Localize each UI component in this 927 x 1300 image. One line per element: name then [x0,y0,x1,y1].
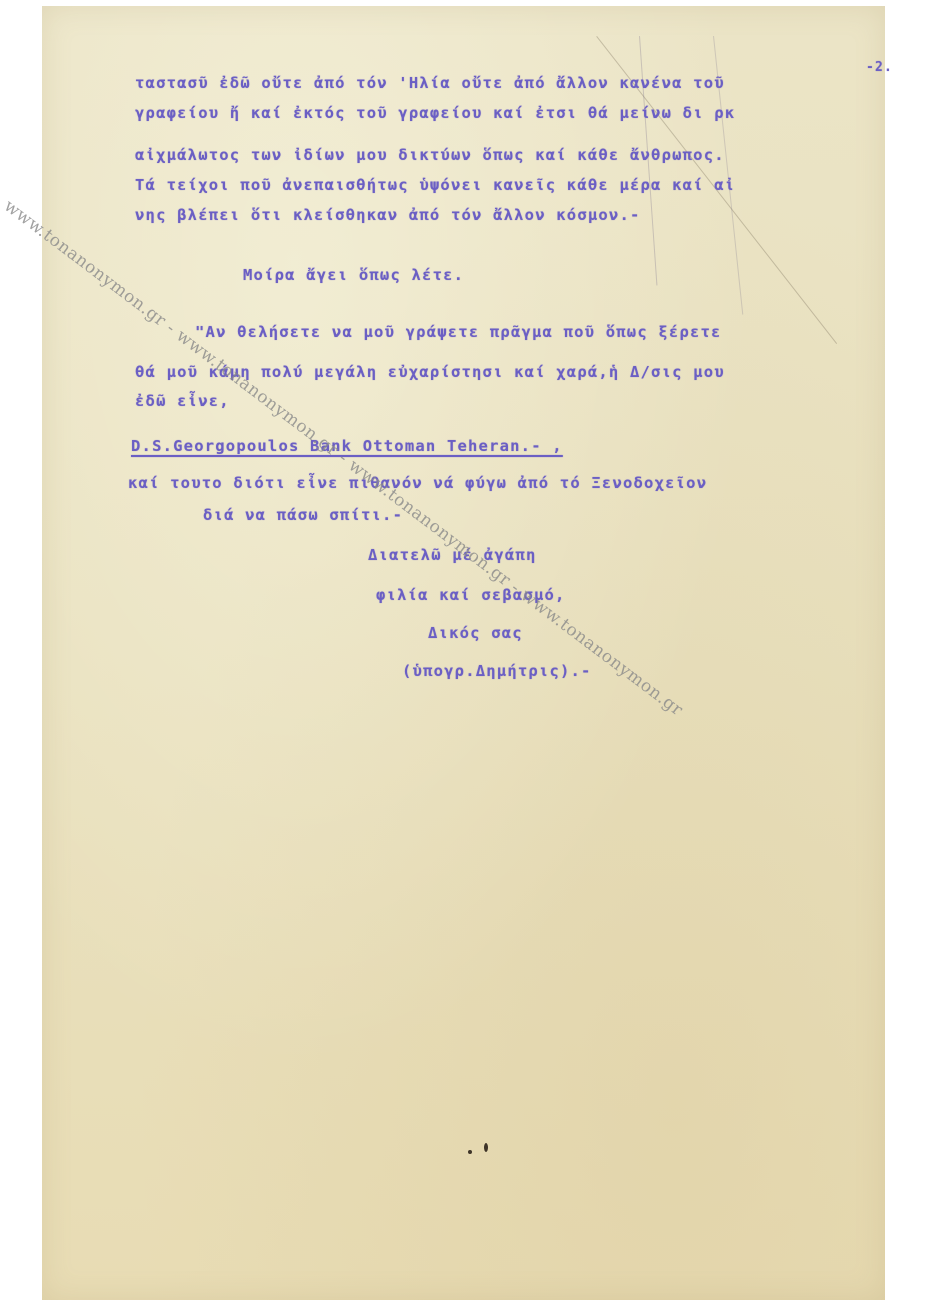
text-line-4: Τά τείχοι ποῦ ἀνεπαισθήτως ὑψόνει κανεῖς… [135,176,735,194]
ink-speck [468,1150,472,1154]
text-line-11: καί τουτο διότι εἶνε πιθανόν νά φύγω ἀπό… [128,474,707,492]
letter-page [42,6,885,1300]
text-line-9: ἐδῶ εἶνε, [135,392,230,410]
text-line-2: γραφείου ἤ καί ἐκτός τοῦ γραφείου καί ἐτ… [135,104,735,122]
page-number-marker: -2. [866,60,893,75]
closing-line-3: Δικός σας [428,624,523,642]
text-line-12: διά να πάσω σπίτι.- [203,506,403,524]
text-line-1: ταστασῦ ἐδῶ οὔτε ἀπό τόν 'Ηλία οὔτε ἀπό … [135,74,725,92]
text-line-3: αἰχμάλωτος των ἰδίων μου δικτύων ὅπως κα… [135,146,725,164]
text-line-6: Μοίρα ἄγει ὅπως λέτε. [243,266,464,284]
text-line-5: νης βλέπει ὅτι κλείσθηκαν ἀπό τόν ἄλλον … [135,206,641,224]
signature-line: (ὑπογρ.Δημήτρις).- [402,662,592,680]
ink-speck [484,1143,488,1152]
text-line-7: "Αν θελήσετε να μοῦ γράψετε πρᾶγμα ποῦ ὅ… [195,323,722,341]
